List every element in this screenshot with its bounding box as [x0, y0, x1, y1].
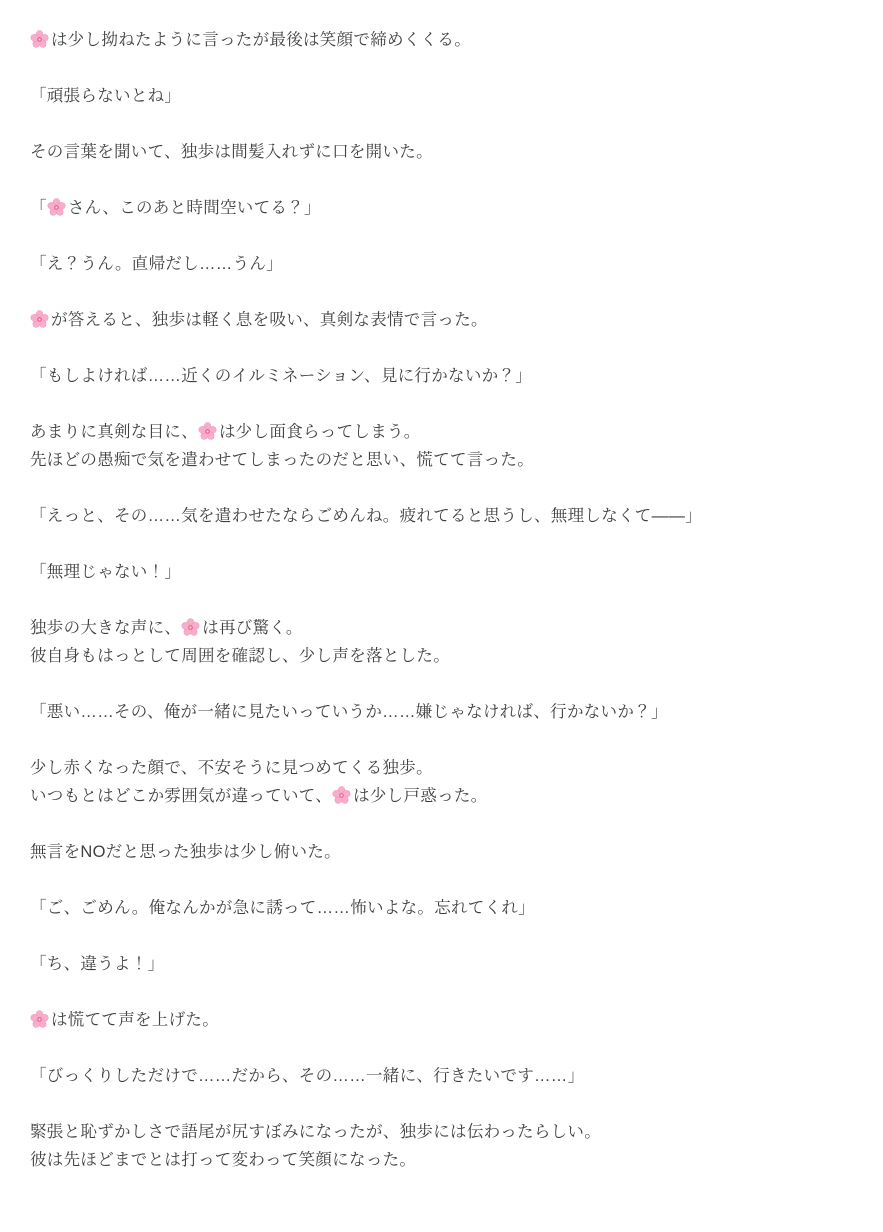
story-line: いつもとはどこか雰囲気が違っていて、 は少し戸惑った。 — [30, 782, 833, 810]
story-line: は慌てて声を上げた。 — [30, 1006, 833, 1034]
story-paragraph: 「えっと、その……気を遣わせたならごめんね。疲れてると思うし、無理しなくて――」 — [30, 502, 833, 530]
story-line: 少し赤くなった顔で、不安そうに見つめてくる独歩。 — [30, 754, 833, 782]
story-line: その言葉を聞いて、独歩は間髪入れずに口を開いた。 — [30, 138, 833, 166]
story-paragraph: その言葉を聞いて、独歩は間髪入れずに口を開いた。 — [30, 138, 833, 166]
story-paragraph: 「 さん、このあと時間空いてる？」 — [30, 194, 833, 222]
story-paragraph: 「無理じゃない！」 — [30, 558, 833, 586]
story-line: 「 さん、このあと時間空いてる？」 — [30, 194, 833, 222]
story-line: 「びっくりしただけで……だから、その……一緒に、行きたいです……」 — [30, 1062, 833, 1090]
cherry-blossom-icon — [47, 198, 66, 217]
story-line: 独歩の大きな声に、 は再び驚く。 — [30, 614, 833, 642]
cherry-blossom-icon — [181, 618, 200, 637]
story-page: は少し拗ねたように言ったが最後は笑顔で締めくくる。「頑張らないとね」その言葉を聞… — [0, 0, 883, 1232]
cherry-blossom-icon — [30, 310, 49, 329]
story-paragraph: 「ご、ごめん。俺なんかが急に誘って……怖いよな。忘れてくれ」 — [30, 894, 833, 922]
cherry-blossom-icon — [332, 786, 351, 805]
story-line: が答えると、独歩は軽く息を吸い、真剣な表情で言った。 — [30, 306, 833, 334]
story-paragraph: 「頑張らないとね」 — [30, 82, 833, 110]
story: は少し拗ねたように言ったが最後は笑顔で締めくくる。「頑張らないとね」その言葉を聞… — [30, 26, 833, 1174]
story-line: 「もしよければ……近くのイルミネーション、見に行かないか？」 — [30, 362, 833, 390]
story-line: 「無理じゃない！」 — [30, 558, 833, 586]
story-line: 緊張と恥ずかしさで語尾が尻すぼみになったが、独歩には伝わったらしい。 — [30, 1118, 833, 1146]
story-paragraph: 無言をNOだと思った独歩は少し俯いた。 — [30, 838, 833, 866]
story-line: 「ご、ごめん。俺なんかが急に誘って……怖いよな。忘れてくれ」 — [30, 894, 833, 922]
story-line: 「え？うん。直帰だし……うん」 — [30, 250, 833, 278]
story-paragraph: 少し赤くなった顔で、不安そうに見つめてくる独歩。いつもとはどこか雰囲気が違ってい… — [30, 754, 833, 810]
story-line: 「ち、違うよ！」 — [30, 950, 833, 978]
story-line: 彼自身もはっとして周囲を確認し、少し声を落とした。 — [30, 642, 833, 670]
story-paragraph: あまりに真剣な目に、 は少し面食らってしまう。先ほどの愚痴で気を遣わせてしまった… — [30, 418, 833, 474]
story-line: 先ほどの愚痴で気を遣わせてしまったのだと思い、慌てて言った。 — [30, 446, 833, 474]
cherry-blossom-icon — [30, 1010, 49, 1029]
cherry-blossom-icon — [30, 30, 49, 49]
story-line: 「頑張らないとね」 — [30, 82, 833, 110]
story-paragraph: 「もしよければ……近くのイルミネーション、見に行かないか？」 — [30, 362, 833, 390]
story-paragraph: は慌てて声を上げた。 — [30, 1006, 833, 1034]
story-paragraph: 「びっくりしただけで……だから、その……一緒に、行きたいです……」 — [30, 1062, 833, 1090]
story-paragraph: は少し拗ねたように言ったが最後は笑顔で締めくくる。 — [30, 26, 833, 54]
story-line: 無言をNOだと思った独歩は少し俯いた。 — [30, 838, 833, 866]
cherry-blossom-icon — [198, 422, 217, 441]
story-paragraph: 独歩の大きな声に、 は再び驚く。彼自身もはっとして周囲を確認し、少し声を落とした… — [30, 614, 833, 670]
story-paragraph: が答えると、独歩は軽く息を吸い、真剣な表情で言った。 — [30, 306, 833, 334]
story-line: あまりに真剣な目に、 は少し面食らってしまう。 — [30, 418, 833, 446]
story-paragraph: 緊張と恥ずかしさで語尾が尻すぼみになったが、独歩には伝わったらしい。彼は先ほどま… — [30, 1118, 833, 1174]
story-paragraph: 「え？うん。直帰だし……うん」 — [30, 250, 833, 278]
story-line: 彼は先ほどまでとは打って変わって笑顔になった。 — [30, 1146, 833, 1174]
story-paragraph: 「悪い……その、俺が一緒に見たいっていうか……嫌じゃなければ、行かないか？」 — [30, 698, 833, 726]
story-line: 「悪い……その、俺が一緒に見たいっていうか……嫌じゃなければ、行かないか？」 — [30, 698, 833, 726]
story-line: 「えっと、その……気を遣わせたならごめんね。疲れてると思うし、無理しなくて――」 — [30, 502, 833, 530]
story-line: は少し拗ねたように言ったが最後は笑顔で締めくくる。 — [30, 26, 833, 54]
story-paragraph: 「ち、違うよ！」 — [30, 950, 833, 978]
